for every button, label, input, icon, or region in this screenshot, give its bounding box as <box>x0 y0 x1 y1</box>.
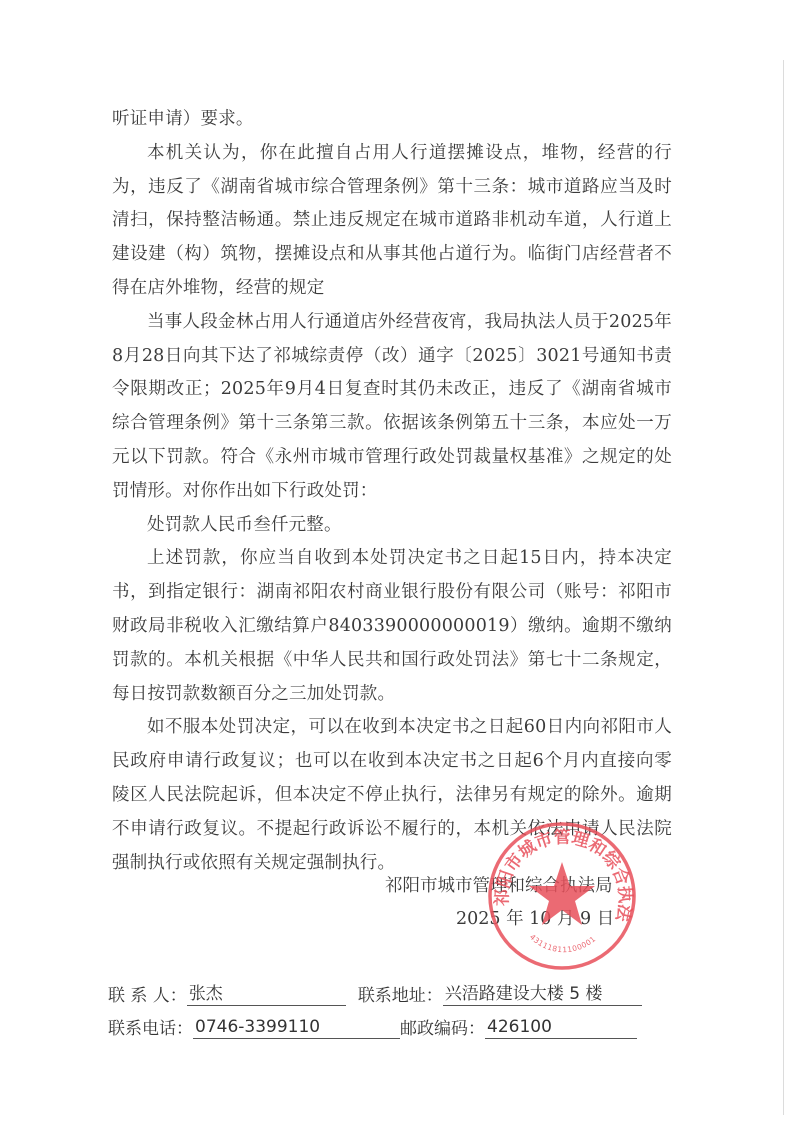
signature-block: 祁阳市城市管理和综合执法局 2025 年 10 月 9 日 <box>383 870 673 936</box>
contact-person-label: 联 系 人： <box>108 981 187 1006</box>
document-body: 听证申请）要求。 本机关认为，你在此擅自占用人行道摆摊设点，堆物，经营的行为，违… <box>112 103 672 880</box>
paragraph-finding: 本机关认为，你在此擅自占用人行道摆摊设点，堆物，经营的行为，违反了《湖南省城市综… <box>112 137 672 306</box>
contact-section: 联 系 人： 张杰 联系地址： 兴浯路建设大楼 5 楼 联系电话： 0746-3… <box>108 973 678 1039</box>
contact-postcode-label: 邮政编码： <box>400 1014 485 1039</box>
paragraph-penalty: 处罚款人民币叁仟元整。 <box>112 509 672 543</box>
scan-edge-line <box>783 60 784 1115</box>
contact-row-2: 联系电话： 0746-3399110 邮政编码： 426100 <box>108 1006 678 1039</box>
contact-address-value: 兴浯路建设大楼 5 楼 <box>443 983 642 1006</box>
paragraph-continuation: 听证申请）要求。 <box>112 103 672 137</box>
paragraph-appeal: 如不服本处罚决定，可以在收到本决定书之日起60日内向祁阳市人民政府申请行政复议；… <box>112 711 672 880</box>
contact-row-1: 联 系 人： 张杰 联系地址： 兴浯路建设大楼 5 楼 <box>108 973 678 1006</box>
contact-address-label: 联系地址： <box>358 981 443 1006</box>
paragraph-payment: 上述罚款，你应当自收到本处罚决定书之日起15日内，持本决定书，到指定银行：湖南祁… <box>112 542 672 711</box>
contact-phone-label: 联系电话： <box>108 1014 193 1039</box>
issuing-organization: 祁阳市城市管理和综合执法局 <box>383 870 673 903</box>
contact-phone-value: 0746-3399110 <box>193 1016 400 1039</box>
contact-postcode-value: 426100 <box>485 1016 637 1039</box>
paragraph-facts: 当事人段金林占用人行通道店外经营夜宵，我局执法人员于2025年8月28日向其下达… <box>112 306 672 509</box>
contact-person-value: 张杰 <box>187 983 346 1006</box>
issue-date: 2025 年 10 月 9 日 <box>383 903 673 936</box>
